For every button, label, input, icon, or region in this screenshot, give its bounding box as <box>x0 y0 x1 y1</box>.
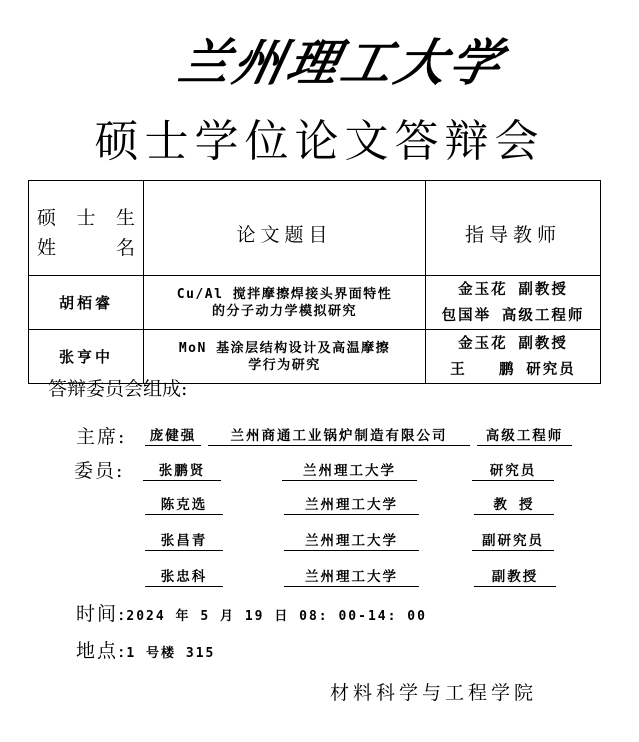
advisor: 王 鹏 研究员 <box>426 357 600 383</box>
header-char: 硕 <box>37 203 56 233</box>
place-row: 地点:1 号楼 315 <box>76 639 215 663</box>
table-row: 胡栢睿 Cu/Al 搅拌摩擦焊接头界面特性 的分子动力学模拟研究 金玉花 副教授… <box>29 276 601 330</box>
place-value: 1 号楼 315 <box>126 646 215 661</box>
header-thesis-title: 论文题目 <box>144 181 426 276</box>
organizer: 材料科学与工程学院 <box>330 680 537 706</box>
header-advisor: 指导教师 <box>426 181 601 276</box>
advisor-list: 金玉花 副教授 王 鹏 研究员 <box>426 330 601 384</box>
member-title: 教 授 <box>474 496 554 515</box>
defense-table: 硕 士 生 姓 名 论文题目 指导教师 胡栢睿 Cu/Al 搅拌摩擦焊接头界面特… <box>28 180 601 384</box>
members-label: 委员: <box>74 459 124 483</box>
chair-label: 主席: <box>76 425 126 449</box>
member-title: 副教授 <box>474 568 556 587</box>
time-value: 2024 年 5 月 19 日 08: 00-14: 00 <box>126 609 427 624</box>
member-name: 张昌青 <box>145 532 223 551</box>
member-org: 兰州理工大学 <box>284 568 419 587</box>
header-student-name: 硕 士 生 姓 名 <box>29 181 144 276</box>
thesis-line: 的分子动力学模拟研究 <box>154 303 415 320</box>
member-name: 张鹏贤 <box>143 462 221 481</box>
header-char: 生 <box>116 203 135 233</box>
committee-title: 答辩委员会组成: <box>48 376 187 402</box>
time-label: 时间: <box>76 603 126 625</box>
chair-title: 高级工程师 <box>477 427 572 446</box>
time-row: 时间:2024 年 5 月 19 日 08: 00-14: 00 <box>76 602 427 626</box>
thesis-line: MoN 基涂层结构设计及高温摩擦 <box>154 340 415 357</box>
advisor: 金玉花 副教授 <box>426 331 600 357</box>
thesis-line: 学行为研究 <box>154 357 415 374</box>
member-title: 研究员 <box>472 462 554 481</box>
page-title: 硕士学位论文答辩会 <box>0 112 639 172</box>
thesis-line: Cu/Al 搅拌摩擦焊接头界面特性 <box>154 286 415 303</box>
advisor: 金玉花 副教授 <box>426 277 600 303</box>
advisor-list: 金玉花 副教授 包国举 高级工程师 <box>426 276 601 330</box>
place-label: 地点: <box>76 640 126 662</box>
header-char: 士 <box>76 203 95 233</box>
chair-name: 庞健强 <box>145 427 201 446</box>
member-name: 陈克选 <box>145 496 223 515</box>
advisor: 包国举 高级工程师 <box>426 303 600 329</box>
university-logo: 兰州理工大学 <box>173 30 467 96</box>
member-org: 兰州理工大学 <box>284 532 419 551</box>
member-title: 副研究员 <box>472 532 554 551</box>
thesis-title: Cu/Al 搅拌摩擦焊接头界面特性 的分子动力学模拟研究 <box>144 276 426 330</box>
member-name: 张忠科 <box>145 568 223 587</box>
member-org: 兰州理工大学 <box>282 462 417 481</box>
member-org: 兰州理工大学 <box>284 496 419 515</box>
header-char: 名 <box>116 233 135 263</box>
student-name: 胡栢睿 <box>29 276 144 330</box>
table-header-row: 硕 士 生 姓 名 论文题目 指导教师 <box>29 181 601 276</box>
chair-org: 兰州商通工业锅炉制造有限公司 <box>208 427 470 446</box>
header-char: 姓 <box>37 233 56 263</box>
